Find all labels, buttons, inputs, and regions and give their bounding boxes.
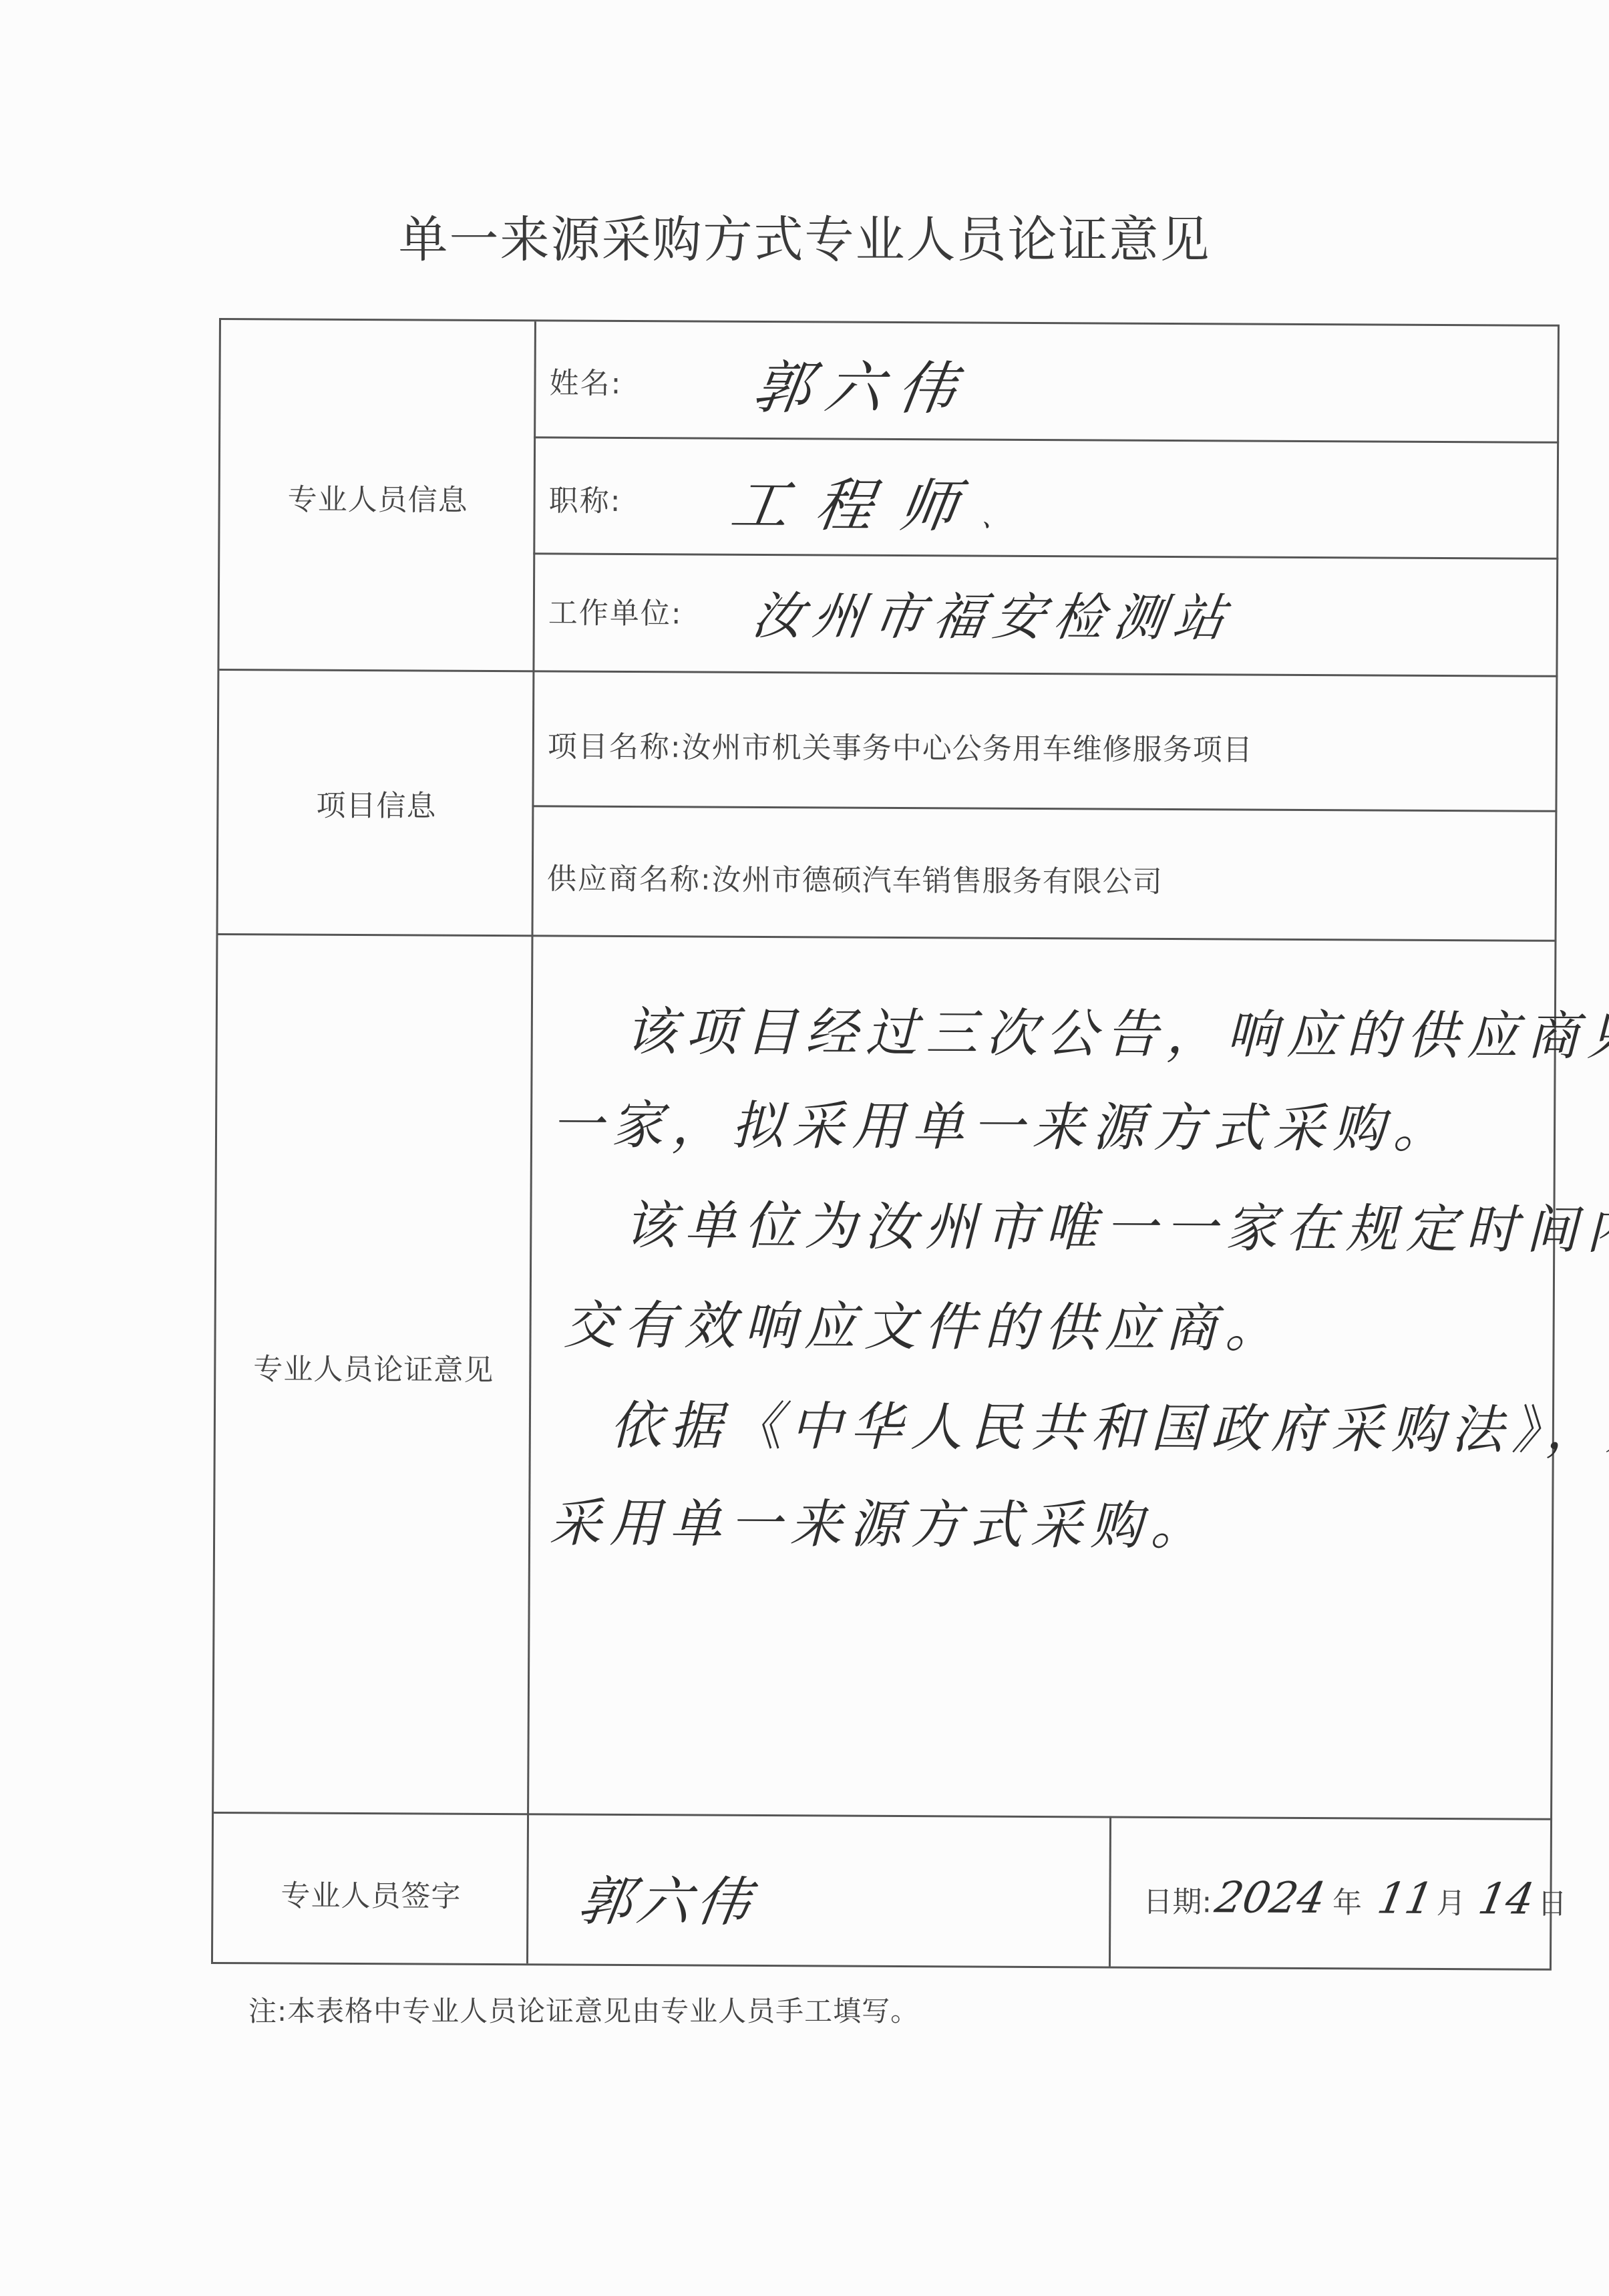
date-day-unit: 日 (1538, 1887, 1567, 1921)
work-unit-label: 工作单位: (548, 589, 683, 632)
name-value-handwritten: 郭六伟 (748, 341, 976, 425)
footer-note: 注:本表格中专业人员论证意见由专业人员手工填写。 (248, 1989, 919, 2029)
project-name-row: 项目名称:汝州市机关事务中心公务用车维修服务项目 (548, 722, 1253, 768)
opinion-line-6: 采用单一来源方式采购。 (549, 1481, 1211, 1559)
opinion-line-1: 该项目经过三次公告，响应的供应商只有 (625, 990, 1609, 1070)
signature-handwritten: 郭六伟 (574, 1858, 761, 1936)
date-month: 11 (1373, 1874, 1437, 1924)
signature-date: 日期:2024年11月14日 (1143, 1873, 1567, 1925)
project-name-value: 汝州市机关事务中心公务用车维修服务项目 (682, 730, 1253, 767)
date-label: 日期: (1143, 1885, 1212, 1920)
work-unit-value-handwritten: 汝州市福安检测站 (749, 575, 1240, 650)
supplier-label: 供应商名称: (547, 862, 712, 896)
column-divider (526, 321, 536, 1963)
row-divider-project-name (532, 805, 1557, 812)
job-title-trailing-mark: 、 (980, 502, 1012, 533)
name-label: 姓名: (549, 359, 622, 402)
opinion-line-3: 该单位为汝州市唯一一家在规定时间内提 (624, 1184, 1609, 1264)
row-divider-name (534, 436, 1559, 444)
row-divider-title (533, 552, 1558, 560)
row-divider-personnel-end (219, 669, 1558, 677)
opinion-form-table: 专业人员信息 姓名: 郭六伟 职称: 工程师、 工作单位: 汝州市福安检测站 项… (211, 318, 1560, 1971)
job-title-value: 工程师 (727, 472, 989, 540)
opinion-line-5: 依据《中华人民共和国政府采购法》，建议 (610, 1384, 1609, 1464)
opinion-line-4: 交有效响应文件的供应商。 (563, 1284, 1285, 1362)
row-divider-opinion-end (214, 1812, 1552, 1820)
section-label-signature: 专业人员签字 (213, 1871, 528, 1915)
opinion-line-2: 一家，拟采用单一来源方式采购。 (551, 1083, 1453, 1162)
row-divider-project-end (218, 933, 1556, 942)
date-year-unit: 年 (1332, 1886, 1362, 1920)
date-month-unit: 月 (1436, 1887, 1465, 1921)
section-label-project: 项目信息 (218, 781, 534, 825)
date-year: 2024 (1212, 1873, 1329, 1923)
supplier-row: 供应商名称:汝州市德硕汽车销售服务有限公司 (547, 854, 1163, 900)
job-title-value-handwritten: 工程师、 (726, 459, 1017, 543)
document-title: 单一来源采购方式专业人员论证意见 (0, 200, 1609, 271)
date-day: 14 (1475, 1874, 1538, 1924)
date-column-divider (1109, 1816, 1111, 1967)
section-label-opinion: 专业人员论证意见 (216, 1345, 531, 1389)
section-label-personnel: 专业人员信息 (220, 475, 536, 519)
supplier-value: 汝州市德硕汽车销售服务有限公司 (712, 863, 1163, 899)
scanned-form-page: 单一来源采购方式专业人员论证意见 专业人员信息 姓名: 郭六伟 职称: 工程师、… (0, 0, 1609, 2296)
project-name-label: 项目名称: (548, 729, 682, 764)
job-title-label: 职称: (549, 476, 622, 520)
